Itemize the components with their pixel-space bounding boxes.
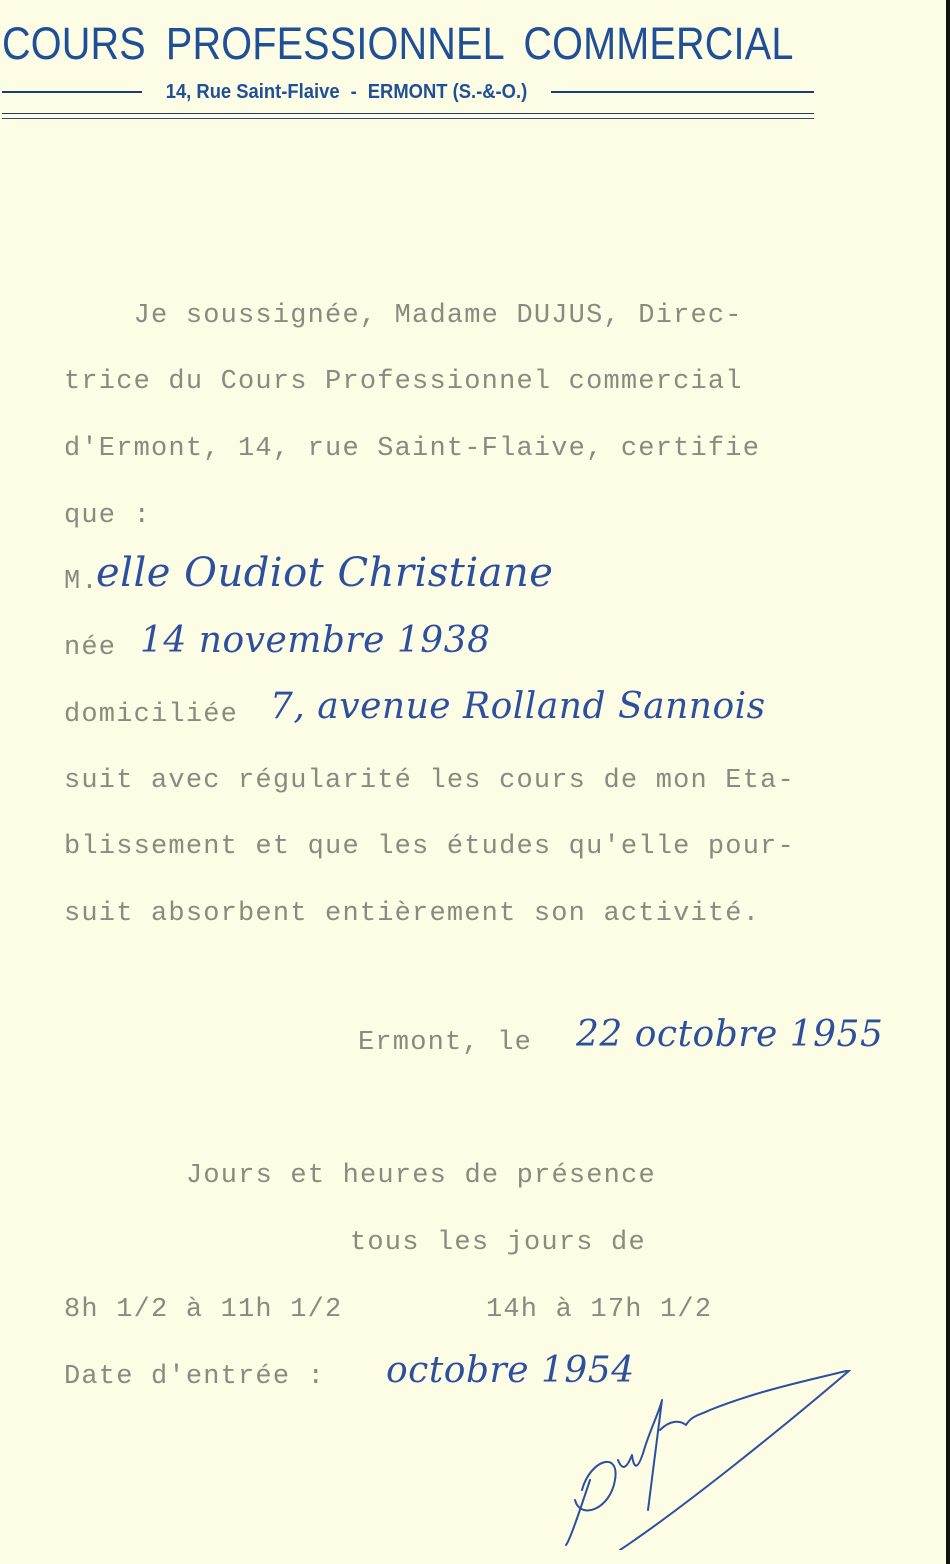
letterhead-address: 14, Rue Saint-Flaive-ERMONT (S.-&-O.) (158, 81, 534, 104)
city: ERMONT (S.-&-O.) (368, 81, 527, 103)
body-line-1: Je soussignée, Madame DUJUS, Direc- (64, 300, 743, 332)
date-prefix: Ermont, le (358, 1027, 532, 1059)
right-rule (551, 91, 814, 93)
birth-date: 14 novembre 1938 (140, 620, 491, 661)
schedule-days: tous les jours de (350, 1227, 646, 1259)
entry-label: Date d'entrée : (64, 1361, 325, 1393)
name-label: M. (64, 566, 99, 598)
schedule-morning: 8h 1/2 à 11h 1/2 (64, 1294, 342, 1326)
schedule-afternoon: 14h à 17h 1/2 (486, 1294, 712, 1326)
address-label: domiciliée (64, 699, 238, 731)
student-address: 7, avenue Rolland Sannois (270, 686, 766, 727)
issue-date: 22 octobre 1955 (576, 1014, 883, 1055)
birth-label: née (64, 632, 116, 664)
letterhead-title: COURS PROFESSIONNEL COMMERCIAL (2, 18, 717, 70)
street-address: 14, Rue Saint-Flaive (166, 81, 340, 103)
letterhead-address-row: 14, Rue Saint-Flaive-ERMONT (S.-&-O.) (2, 78, 814, 106)
schedule-heading: Jours et heures de présence (186, 1160, 656, 1192)
signature-icon (560, 1370, 860, 1550)
left-rule (2, 91, 142, 93)
body-line-2: trice du Cours Professionnel commercial (64, 366, 743, 398)
body-line-5: suit avec régularité les cours de mon Et… (64, 765, 795, 797)
letterhead-double-rule (2, 113, 814, 119)
body-line-7: suit absorbent entièrement son activité. (64, 898, 760, 930)
student-name: elle Oudiot Christiane (96, 550, 553, 596)
body-line-6: blissement et que les études qu'elle pou… (64, 831, 795, 863)
address-separator: - (340, 81, 368, 103)
scan-edge (946, 0, 950, 1564)
body-line-3: d'Ermont, 14, rue Saint-Flaive, certifie (64, 433, 760, 465)
body-line-4: que : (64, 500, 151, 532)
